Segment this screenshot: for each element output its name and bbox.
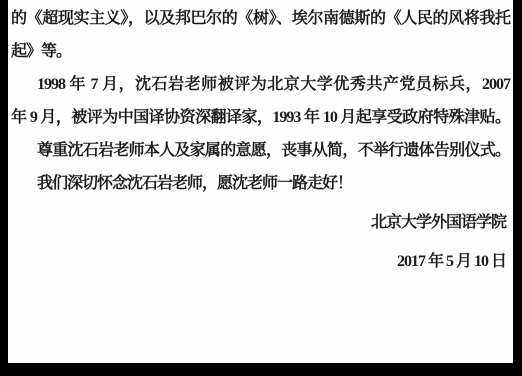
doc-line-5: 尊重沈石岩老师本人及家属的意愿，丧事从简，不举行遗体告别仪式。 — [11, 134, 510, 167]
signature-date: 2017 年 5 月 10 日 — [11, 245, 510, 278]
doc-line-4: 年 9 月，被评为中国译协资深翻译家，1993 年 10 月起享受政府特殊津贴。 — [11, 101, 510, 134]
document-body: 的《超现实主义》，以及邦巴尔的《树》、埃尔南德斯的《人民的风将我托 起》等。 1… — [8, 0, 513, 363]
doc-line-1: 的《超现实主义》，以及邦巴尔的《树》、埃尔南德斯的《人民的风将我托 — [11, 2, 510, 35]
doc-line-2: 起》等。 — [11, 35, 510, 68]
doc-line-3: 1998 年 7 月，沈石岩老师被评为北京大学优秀共产党员标兵，2007 — [11, 68, 510, 101]
scanned-page-frame: 的《超现实主义》，以及邦巴尔的《树》、埃尔南德斯的《人民的风将我托 起》等。 1… — [0, 0, 522, 376]
signature-department: 北京大学外国语学院 — [11, 206, 510, 239]
doc-line-6: 我们深切怀念沈石岩老师，愿沈老师一路走好！ — [11, 167, 510, 200]
